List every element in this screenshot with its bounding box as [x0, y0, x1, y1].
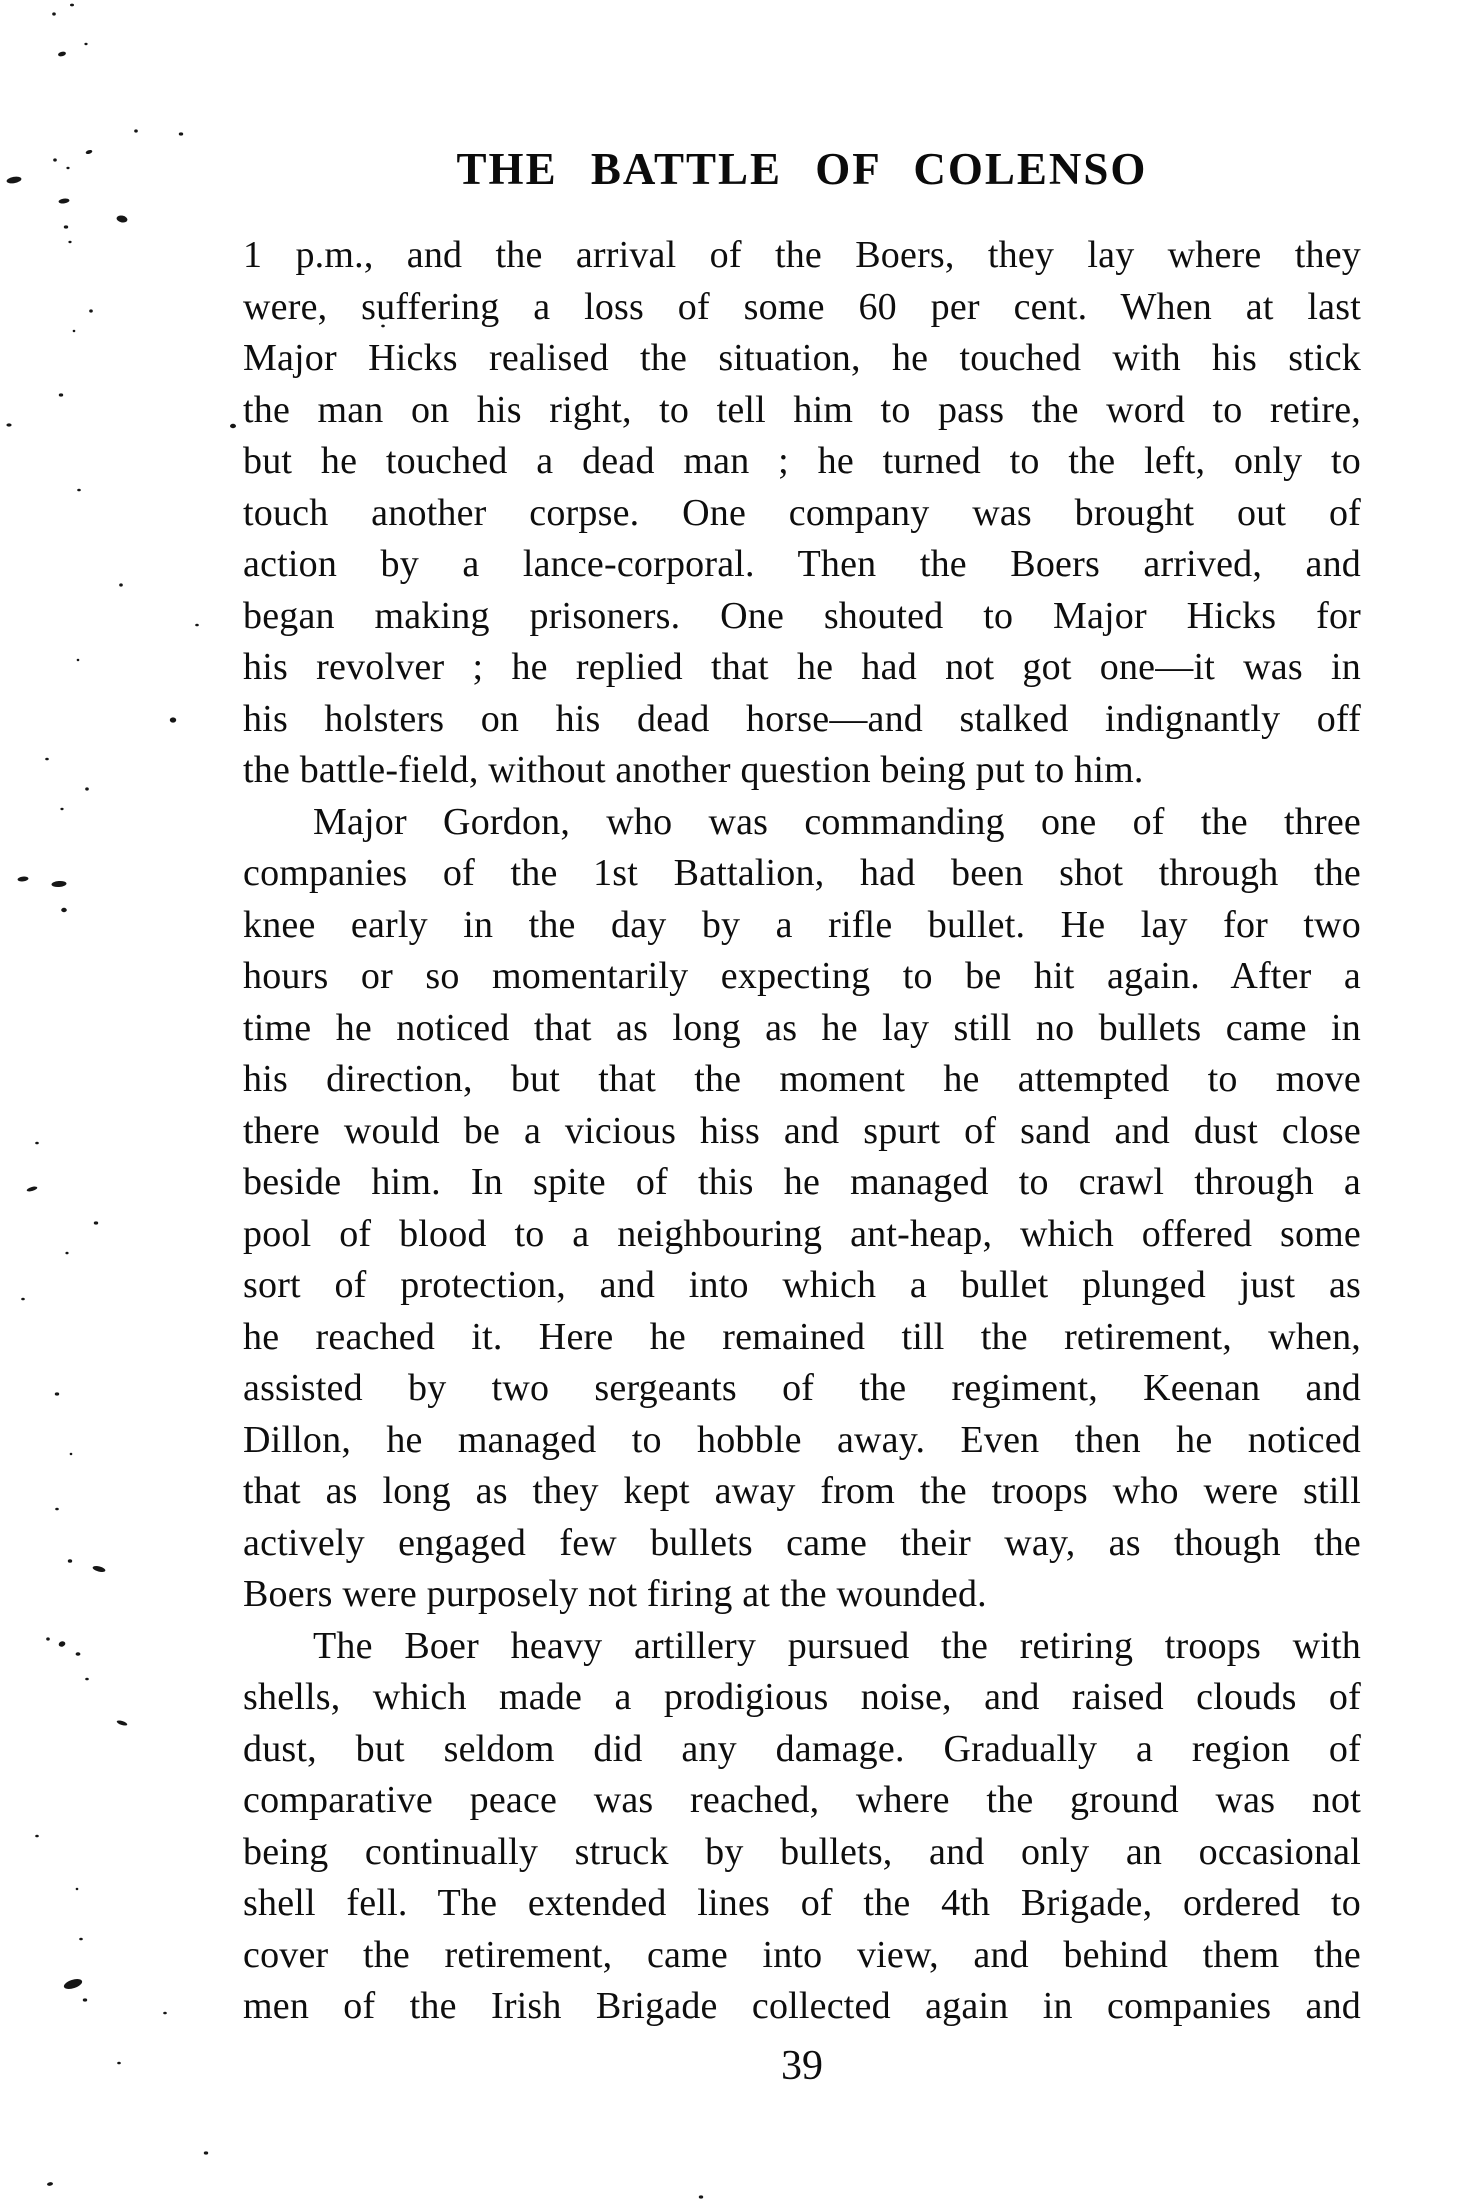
text-line: knee early in the day by a rifle bullet.… [243, 900, 1361, 952]
text-line: cover the retirement, came into view, an… [243, 1930, 1361, 1982]
body-text: 1 p.m., and the arrival of the Boers, th… [243, 230, 1361, 2033]
text-line: Major Gordon, who was commanding one of … [243, 797, 1361, 849]
text-line: his holsters on his dead horse—and stalk… [243, 694, 1361, 746]
text-line: comparative peace was reached, where the… [243, 1775, 1361, 1827]
book-page: THE BATTLE OF COLENSO 1 p.m., and the ar… [0, 0, 1482, 2201]
text-line: shells, which made a prodigious noise, a… [243, 1672, 1361, 1724]
text-line: the battle-field, without another questi… [243, 745, 1361, 797]
text-line: shell fell. The extended lines of the 4t… [243, 1878, 1361, 1930]
text-line: Boers were purposely not firing at the w… [243, 1569, 1361, 1621]
page-title: THE BATTLE OF COLENSO [243, 143, 1361, 195]
text-line: his revolver ; he replied that he had no… [243, 642, 1361, 694]
text-line: there would be a vicious hiss and spurt … [243, 1106, 1361, 1158]
text-line: touch another corpse. One company was br… [243, 488, 1361, 540]
text-line: being continually struck by bullets, and… [243, 1827, 1361, 1879]
text-line: Major Hicks realised the situation, he t… [243, 333, 1361, 385]
text-line: men of the Irish Brigade collected again… [243, 1981, 1361, 2033]
text-line: his direction, but that the moment he at… [243, 1054, 1361, 1106]
text-line: companies of the 1st Battalion, had been… [243, 848, 1361, 900]
text-line: 1 p.m., and the arrival of the Boers, th… [243, 230, 1361, 282]
text-line: began making prisoners. One shouted to M… [243, 591, 1361, 643]
text-line: actively engaged few bullets came their … [243, 1518, 1361, 1570]
text-line: assisted by two sergeants of the regimen… [243, 1363, 1361, 1415]
text-line: he reached it. Here he remained till the… [243, 1312, 1361, 1364]
text-line: time he noticed that as long as he lay s… [243, 1003, 1361, 1055]
text-line: action by a lance-corporal. Then the Boe… [243, 539, 1361, 591]
text-line: sort of protection, and into which a bul… [243, 1260, 1361, 1312]
text-line: the man on his right, to tell him to pas… [243, 385, 1361, 437]
text-line: The Boer heavy artillery pursued the ret… [243, 1621, 1361, 1673]
text-line: that as long as they kept away from the … [243, 1466, 1361, 1518]
text-line: were, suffering a loss of some 60 per ce… [243, 282, 1361, 334]
page-number: 39 [243, 2042, 1361, 2090]
text-line: hours or so momentarily expecting to be … [243, 951, 1361, 1003]
text-line: pool of blood to a neighbouring ant-heap… [243, 1209, 1361, 1261]
text-line: but he touched a dead man ; he turned to… [243, 436, 1361, 488]
text-line: Dillon, he managed to hobble away. Even … [243, 1415, 1361, 1467]
text-line: dust, but seldom did any damage. Gradual… [243, 1724, 1361, 1776]
text-line: beside him. In spite of this he managed … [243, 1157, 1361, 1209]
